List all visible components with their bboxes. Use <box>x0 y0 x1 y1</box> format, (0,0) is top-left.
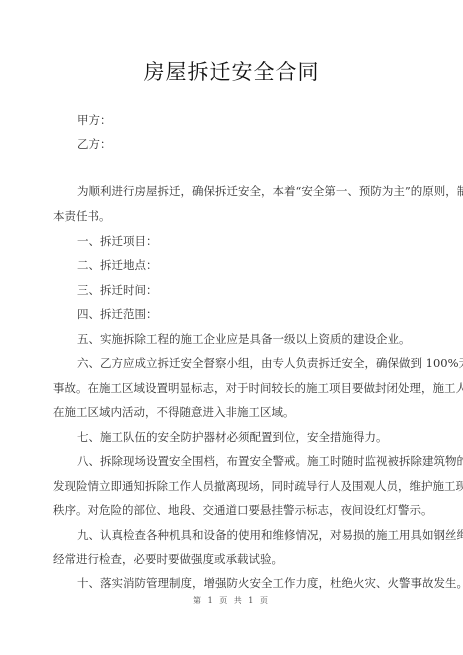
clause-6-line-1: 六、乙方应成立拆迁安全督察小组，由专人负责拆迁安全，确保做到 100%无安全 <box>77 355 463 371</box>
party-a-label: 甲方： <box>77 112 112 128</box>
page-footer: 第 1 页 共 1 页 <box>0 595 463 606</box>
item-location: 二、拆迁地点： <box>77 257 158 273</box>
clause-6-line-3: 在施工区域内活动，不得随意进入非施工区域。 <box>53 404 295 420</box>
clause-8-line-2: 发现险情立即通知拆除工作人员撤离现场，同时疏导行人及围观人员，维护施工现场的 <box>53 478 463 494</box>
clause-9-line-1: 九、认真检查各种机具和设备的使用和维修情况，对易损的施工用具如钢丝绳等要 <box>77 527 463 543</box>
item-scope: 四、拆迁范围： <box>77 306 158 322</box>
party-b-label: 乙方： <box>77 136 112 152</box>
item-project: 一、拆迁项目： <box>77 233 158 249</box>
clause-6-line-2: 事故。在施工区域设置明显标志，对于时间较长的施工项目要做封闭处理，施工人员应 <box>53 380 463 396</box>
document-title: 房屋拆迁安全合同 <box>0 56 463 86</box>
intro-line-1: 为顺利进行房屋拆迁，确保拆迁安全，本着“安全第一、预防为主”的原则，制定 <box>77 183 463 199</box>
clause-8-line-3: 秩序。对危险的部位、地段、交通道口要悬挂警示标志，夜间设红灯警示。 <box>53 502 433 518</box>
intro-line-2: 本责任书。 <box>53 208 111 224</box>
clause-9-line-2: 经常进行检查，必要时要做强度或承载试验。 <box>53 551 283 567</box>
clause-5: 五、实施拆除工程的施工企业应是具备一级以上资质的建设企业。 <box>77 331 411 347</box>
item-time: 三、拆迁时间： <box>77 282 158 298</box>
clause-8-line-1: 八、拆除现场设置安全围档，布置安全警戒。施工时随时监视被拆除建筑物的变化， <box>77 453 463 469</box>
clause-10: 十、落实消防管理制度，增强防火安全工作力度，杜绝火灾、火警事故发生。 <box>77 575 463 591</box>
clause-7: 七、施工队伍的安全防护器材必须配置到位，安全措施得力。 <box>77 429 388 445</box>
